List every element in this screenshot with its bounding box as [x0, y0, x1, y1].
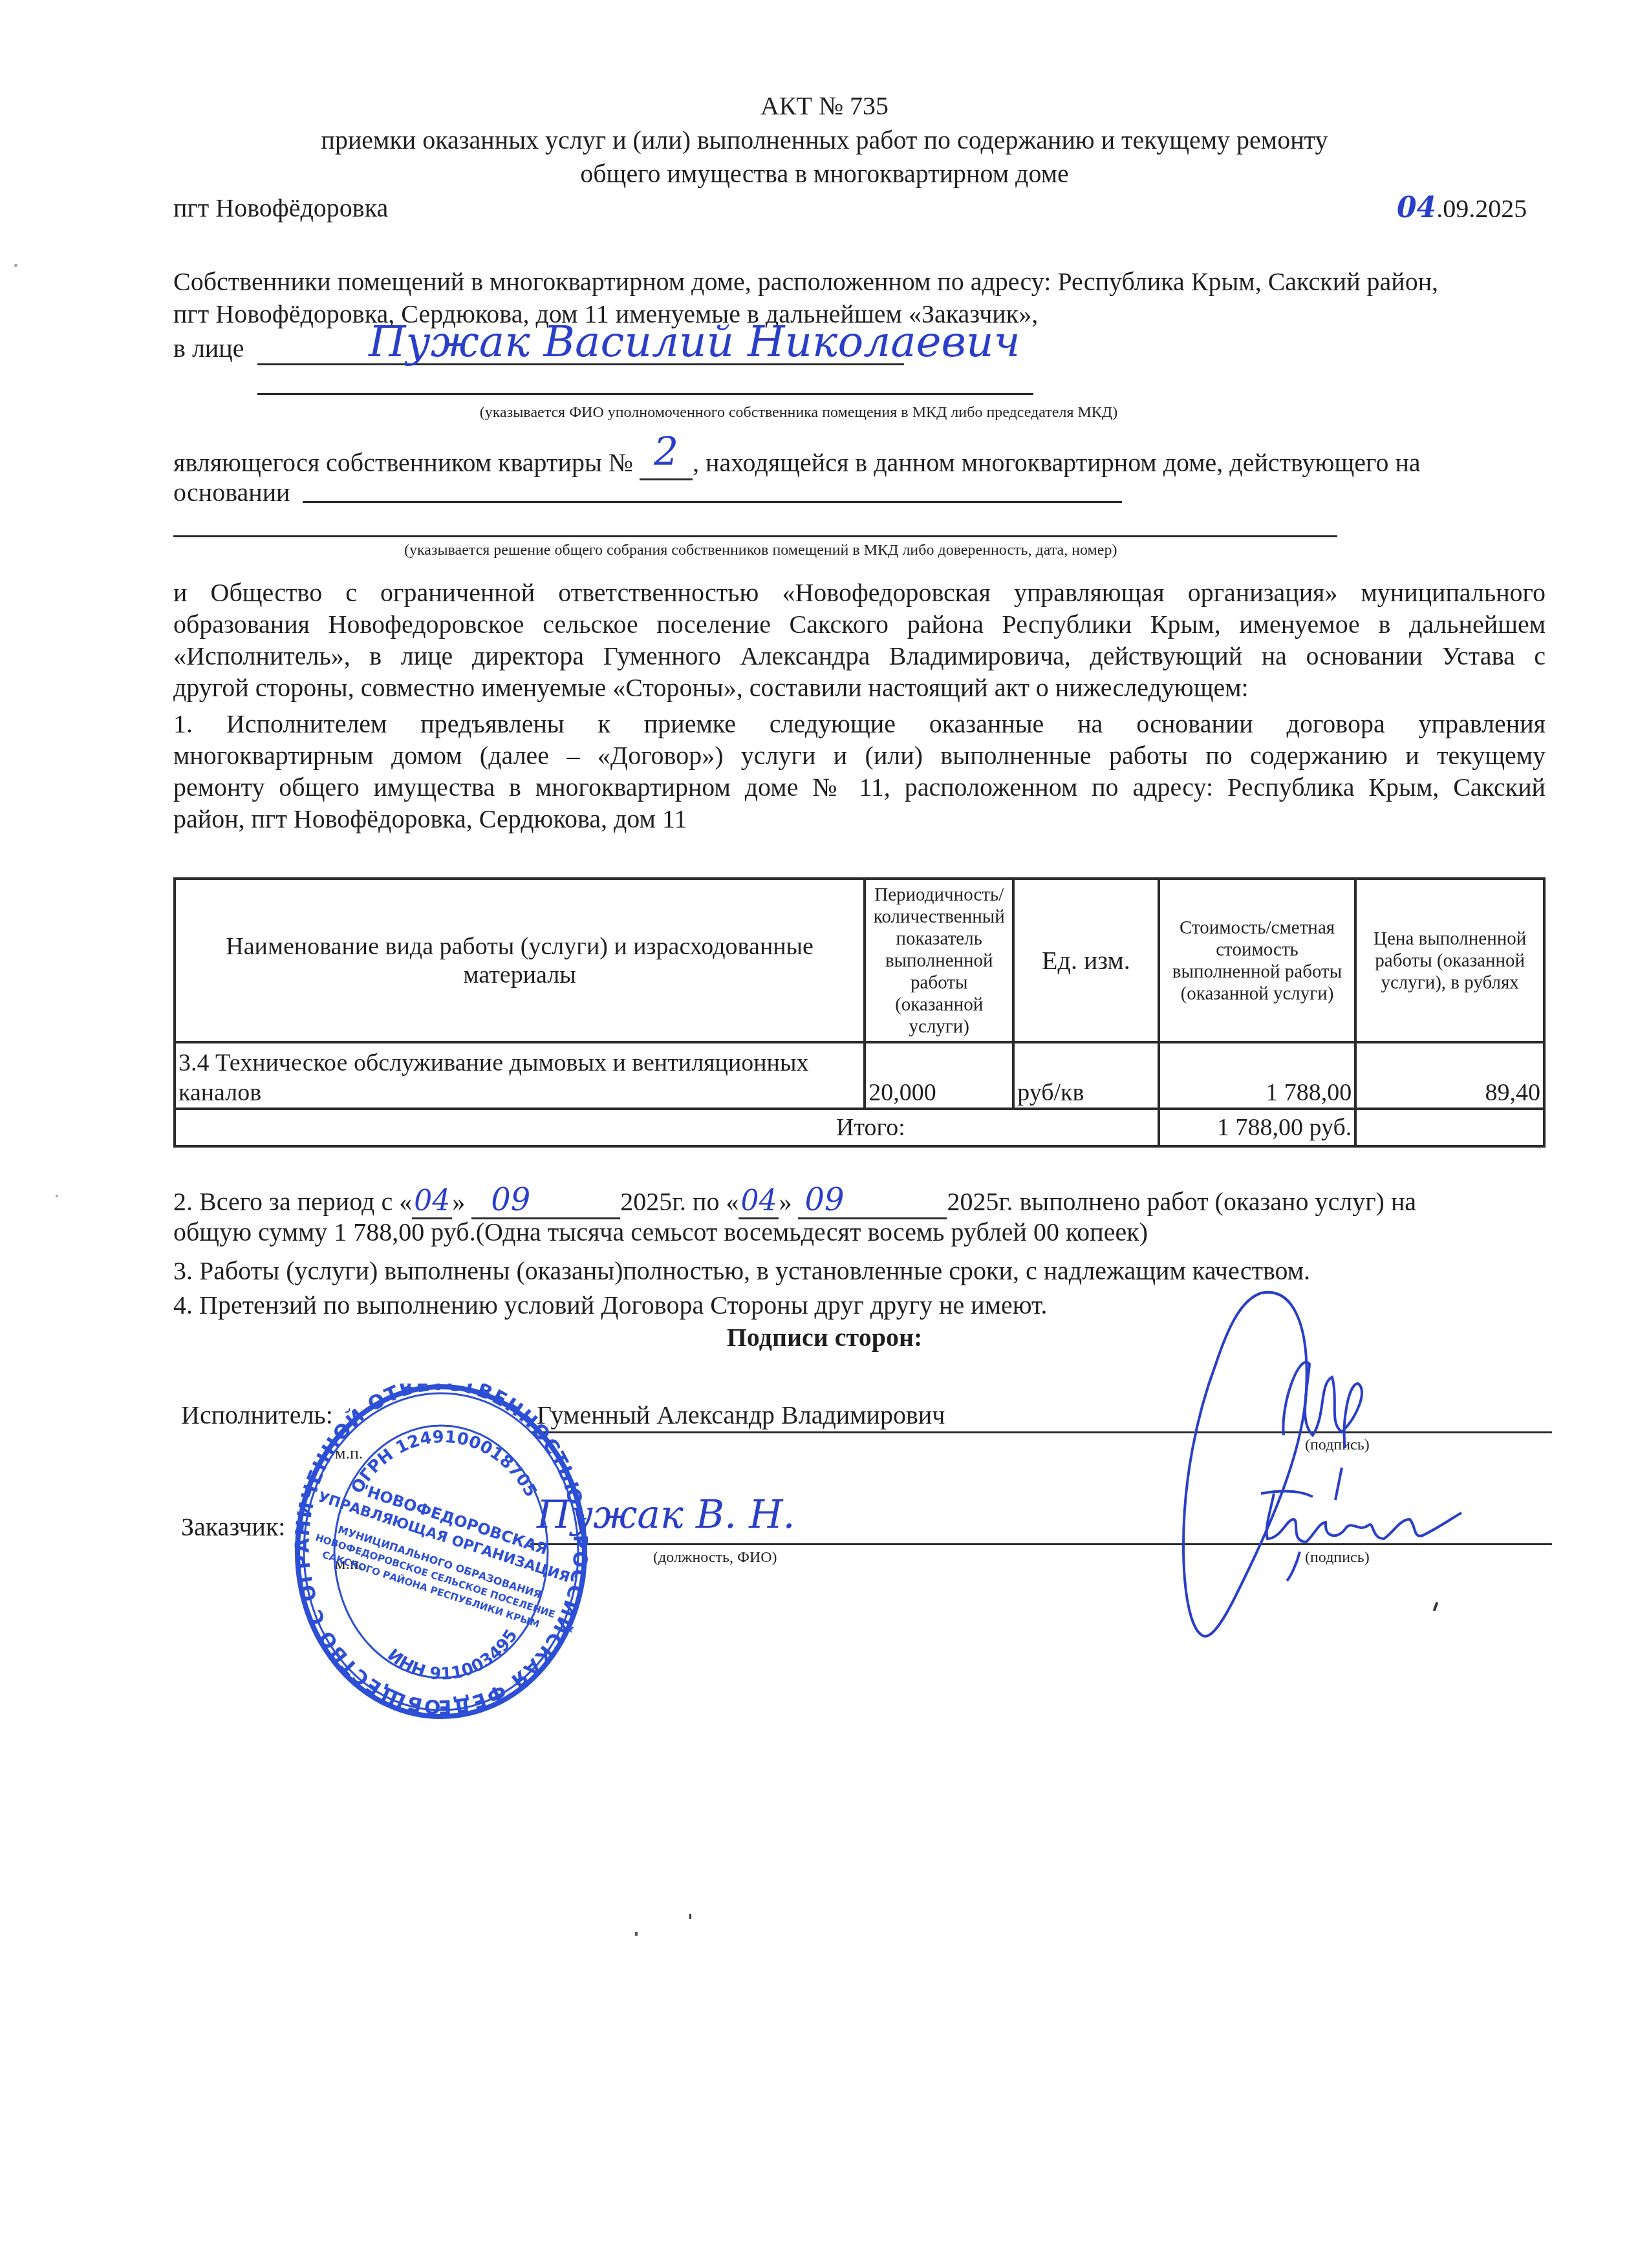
table-header-row: Наименование вида работы (услуги) и изра… [175, 879, 1544, 1042]
header-price: Цена выполненной работы (оказанной услуг… [1355, 879, 1544, 1042]
table-row: 3.4 Техническое обслуживание дымовых и в… [175, 1042, 1544, 1109]
from-day-handwritten: 04 [414, 1184, 450, 1217]
apartment-number-handwritten: 2 [654, 429, 678, 475]
company-stamp: ОБЩЕСТВО С ОГРАНИЧЕННОЙ ОТВЕТСТВЕННОСТЬЮ… [294, 1384, 588, 1720]
contractor-line: «Исполнитель», в лице директора Гуменног… [173, 640, 1546, 672]
apartment-line: являющегося собственником квартиры № 2, … [173, 443, 1421, 480]
basis-label: основании [173, 477, 290, 508]
scan-speck [56, 1195, 58, 1197]
header-name: Наименование вида работы (услуги) и изра… [175, 879, 865, 1042]
customer-position-caption: (должность, ФИО) [653, 1549, 777, 1567]
row-periodicity: 20,000 [865, 1042, 1013, 1109]
act-place: пгт Новофёдоровка [173, 193, 388, 224]
scan-speck [14, 264, 17, 267]
contractor-line: другой стороны, совместно именуемые «Сто… [173, 672, 1546, 703]
act-subtitle-line1: приемки оказанных услуг и (или) выполнен… [0, 125, 1649, 156]
owners-line1: Собственники помещений в многоквартирном… [173, 266, 1438, 297]
item4: 4. Претензий по выполнению условий Догов… [173, 1290, 1048, 1321]
row-unit: руб/кв [1013, 1042, 1159, 1109]
apartment-prefix: являющегося собственником квартиры № [173, 448, 633, 477]
stamp-icon: ОБЩЕСТВО С ОГРАНИЧЕННОЙ ОТВЕТСТВЕННОСТЬЮ… [294, 1384, 588, 1720]
customer-label: Заказчик: [181, 1512, 285, 1543]
in-person-handwritten: Пужак Василий Николаевич [369, 317, 1020, 367]
row-price: 89,40 [1355, 1042, 1544, 1109]
services-table: Наименование вида работы (услуги) и изра… [173, 877, 1546, 1148]
basis-caption: (указывается решение общего собрания соб… [404, 542, 1117, 559]
item1-line: район, пгт Новофёдоровка, Сердюкова, дом… [173, 803, 1546, 835]
date-day-handwritten: 04 [1397, 191, 1436, 224]
item1-line: 1. Исполнителем предъявлены к приемке сл… [173, 708, 1546, 740]
from-day-field: 04 [412, 1186, 452, 1219]
date-rest: .09.2025 [1436, 194, 1527, 223]
contractor-paragraph: и Общество с ограниченной ответственност… [173, 577, 1546, 703]
from-month-handwritten: 09 [491, 1182, 530, 1218]
from-month-field: 09 [471, 1184, 620, 1219]
row-name: 3.4 Техническое обслуживание дымовых и в… [175, 1042, 865, 1109]
header-unit: Ед. изм. [1013, 879, 1159, 1042]
total-value: 1 788,00 руб. [1159, 1109, 1356, 1146]
row-cost: 1 788,00 [1159, 1042, 1356, 1109]
basis-second-underline [173, 535, 1337, 537]
header-periodicity: Периодичность/ количественный показатель… [865, 879, 1013, 1042]
header-cost: Стоимость/сметная стоимость выполненной … [1159, 879, 1356, 1042]
item1-line: ремонту общего имущества в многоквартирн… [173, 771, 1546, 803]
act-date: 04.09.2025 [1397, 193, 1527, 224]
executor-signature [1086, 1287, 1487, 1649]
scan-speck [635, 1932, 638, 1936]
to-month-handwritten: 09 [804, 1182, 844, 1218]
customer-signature [1255, 1481, 1468, 1584]
item2-year1: 2025г. по « [620, 1187, 738, 1216]
apartment-suffix: , находящейся в данном многоквартирном д… [693, 448, 1421, 477]
act-subtitle-line2: общего имущества в многоквартирном доме [0, 158, 1649, 189]
item2-suffix: 2025г. выполнено работ (оказано услуг) н… [947, 1187, 1416, 1216]
table-total-row: Итого: 1 788,00 руб. [175, 1109, 1544, 1146]
in-person-second-underline [257, 393, 1033, 395]
item1-paragraph: 1. Исполнителем предъявлены к приемке сл… [173, 708, 1546, 835]
to-month-field: 09 [798, 1184, 947, 1219]
item2-prefix: 2. Всего за период с « [173, 1187, 412, 1216]
total-empty [1355, 1109, 1544, 1146]
item3: 3. Работы (услуги) выполнены (оказаны)по… [173, 1256, 1310, 1287]
contractor-line: образования Новофедоровское сельское пос… [173, 608, 1546, 640]
contractor-line: и Общество с ограниченной ответственност… [173, 577, 1546, 608]
basis-underline [303, 501, 1122, 503]
executor-name: Гуменный Александр Владимирович [537, 1400, 945, 1431]
in-person-label: в лице [173, 333, 244, 364]
item2-line2: общую сумму 1 788,00 руб.(Одна тысяча се… [173, 1217, 1148, 1248]
item2-quote: » [452, 1187, 465, 1216]
item1-line: многоквартирным домом (далее – «Договор»… [173, 740, 1546, 771]
to-day-handwritten: 04 [740, 1184, 777, 1217]
item2-quote: » [779, 1187, 792, 1216]
apartment-number-field: 2 [640, 443, 693, 480]
scan-speck [689, 1914, 691, 1919]
item2-line1: 2. Всего за период с «04» 092025г. по «0… [173, 1184, 1416, 1219]
act-title: АКТ № 735 [0, 91, 1649, 122]
fio-caption: (указывается ФИО уполномоченного собстве… [0, 404, 1623, 422]
total-label: Итого: [175, 1109, 1159, 1146]
to-day-field: 04 [738, 1186, 779, 1219]
